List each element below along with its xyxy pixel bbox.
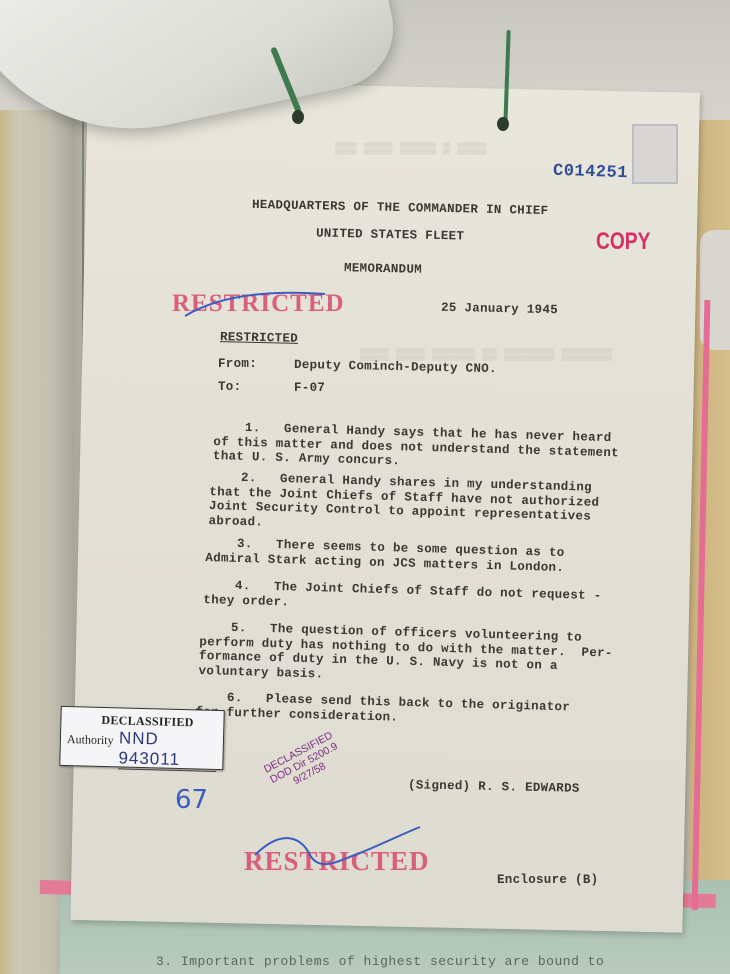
copy-stamp: COPY [596, 228, 650, 256]
ink-strike-mark [250, 825, 430, 875]
bleed-through-text: ▒▒▒ ▒▒▒▒ ▒▒▒▒▒ ▒ ▒▒▒▒ [335, 142, 486, 156]
document-photo: practical and operational necessities. 3… [0, 0, 730, 974]
authority-label: Authority [67, 732, 114, 748]
enclosure-label: Enclosure (B) [497, 873, 598, 887]
classification-typed: RESTRICTED [220, 330, 298, 346]
archive-number: C014251 [553, 162, 629, 184]
declassified-title: DECLASSIFIED [101, 713, 194, 730]
memo-date: 25 January 1945 [441, 301, 558, 317]
to-value: F-07 [294, 381, 325, 395]
from-label: From: [218, 357, 257, 371]
header-memorandum: MEMORANDUM [344, 261, 422, 277]
memo-paragraph: 2. General Handy shares in my understand… [208, 470, 600, 539]
ink-strike-mark [180, 290, 330, 320]
punch-hole [497, 117, 509, 131]
declassified-label: DECLASSIFIED Authority NND 943011 [59, 706, 225, 770]
punch-hole [292, 110, 304, 124]
to-label: To: [218, 380, 241, 394]
underlying-text-line: 3. Important problems of highest securit… [156, 954, 604, 969]
archive-mark [632, 124, 678, 184]
memo-paragraph: 5. The question of officers volunteering… [198, 620, 613, 690]
handwritten-number: 67 [175, 785, 208, 815]
authority-value: NND 943011 [118, 728, 217, 772]
